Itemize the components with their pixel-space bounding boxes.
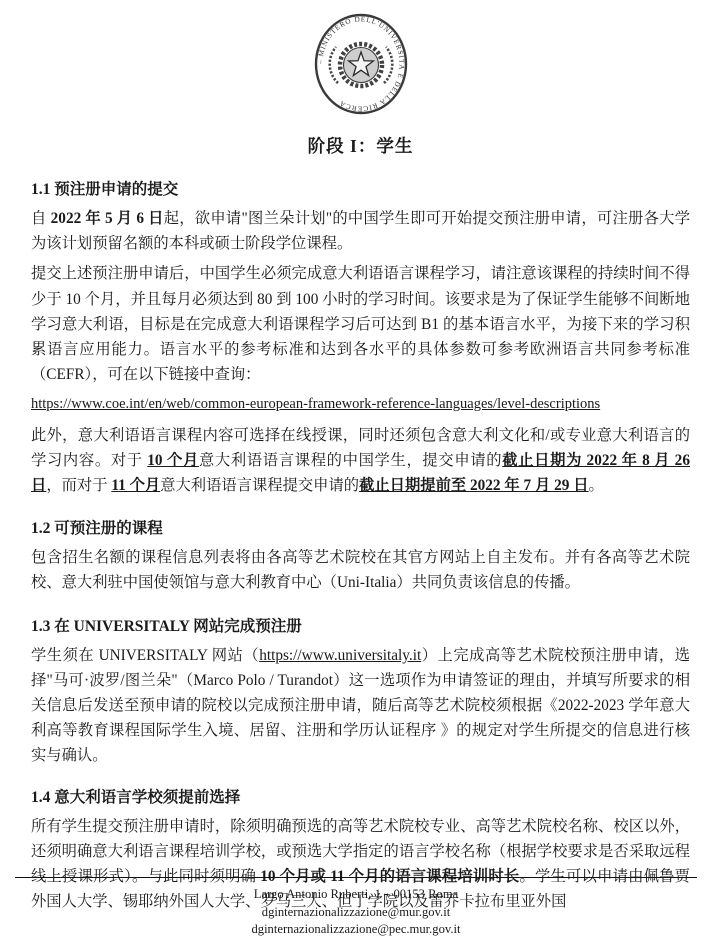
text-segment: 包含招生名额的课程信息列表将由各高等艺术院校在其官方网站上自主发布。并有各高等艺… xyxy=(31,549,690,591)
text-segment: ，而对于 xyxy=(46,477,111,494)
cefr-link-line: https://www.coe.int/en/web/common-europe… xyxy=(31,392,690,417)
text-segment: ）上完成高等艺术院校预注册申请，选择"马可·波罗/图兰朵"（Marco Polo… xyxy=(31,647,690,765)
wreath-branch-left-icon xyxy=(329,47,337,83)
section-1-3: 1.3 在 UNIVERSITALY 网站完成预注册 学生须在 UNIVERSI… xyxy=(31,616,690,769)
page-footer: Largo Antonio Ruberti, 1 – 00153 Roma dg… xyxy=(0,886,712,939)
section-1-2-heading: 1.2 可预注册的课程 xyxy=(31,518,690,540)
paragraph: 此外，意大利语语言课程内容可选择在线授课，同时还须包含意大利文化和/或专业意大利… xyxy=(31,423,690,499)
page-title: 阶段 I：学生 xyxy=(31,133,690,159)
text-segment: 2022 年 5 月 6 日 xyxy=(51,210,164,227)
section-1-3-heading: 1.3 在 UNIVERSITALY 网站完成预注册 xyxy=(31,616,690,638)
text-segment: 截止日期提前至 2022 年 7 月 29 日 xyxy=(359,477,588,494)
ministry-seal-logo: – MINISTERO DELL'UNIVERSITÀ E DELLA RICE… xyxy=(311,12,411,121)
text-segment: 意大利语语言课程的中国学生，提交申请的 xyxy=(199,452,502,469)
paragraph: 学生须在 UNIVERSITALY 网站（https://www.univers… xyxy=(31,643,690,769)
ministry-seal-icon: – MINISTERO DELL'UNIVERSITÀ E DELLA RICE… xyxy=(311,12,411,116)
footer-email: dginternazionalizzazione@mur.gov.it xyxy=(0,904,712,922)
text-segment: 提交上述预注册申请后，中国学生必须完成意大利语语言课程学习，请注意该课程的持续时… xyxy=(31,265,690,383)
document-body: – MINISTERO DELL'UNIVERSITÀ E DELLA RICE… xyxy=(0,12,712,914)
section-1-1-heading: 1.1 预注册申请的提交 xyxy=(31,179,690,201)
section-1-4-heading: 1.4 意大利语言学校须提前选择 xyxy=(31,787,690,809)
text-segment: 。 xyxy=(589,477,604,494)
document-page: – MINISTERO DELL'UNIVERSITÀ E DELLA RICE… xyxy=(0,0,712,948)
text-segment: 意大利语语言课程提交申请的 xyxy=(160,477,359,494)
hyperlink[interactable]: https://www.coe.int/en/web/common-europe… xyxy=(31,396,600,412)
section-1-2: 1.2 可预注册的课程 包含招生名额的课程信息列表将由各高等艺术院校在其官方网站… xyxy=(31,518,690,595)
footer-divider xyxy=(15,877,697,878)
text-segment: 10 个月 xyxy=(147,452,199,469)
footer-address: Largo Antonio Ruberti, 1 – 00153 Roma xyxy=(0,886,712,904)
section-1-1: 1.1 预注册申请的提交 自 2022 年 5 月 6 日起，欲申请"图兰朵计划… xyxy=(31,179,690,498)
hyperlink[interactable]: https://www.universitaly.it xyxy=(259,647,421,664)
wreath-branch-right-icon xyxy=(384,47,392,83)
text-segment: 11 个月 xyxy=(111,477,160,494)
paragraph: 包含招生名额的课程信息列表将由各高等艺术院校在其官方网站上自主发布。并有各高等艺… xyxy=(31,545,690,595)
paragraph: 自 2022 年 5 月 6 日起，欲申请"图兰朵计划"的中国学生即可开始提交预… xyxy=(31,206,690,256)
paragraph: 提交上述预注册申请后，中国学生必须完成意大利语语言课程学习，请注意该课程的持续时… xyxy=(31,261,690,387)
footer-pec-email: dginternazionalizzazione@pec.mur.gov.it xyxy=(0,921,712,939)
text-segment: 学生须在 UNIVERSITALY 网站（ xyxy=(31,647,259,664)
text-segment: 自 xyxy=(31,210,51,227)
